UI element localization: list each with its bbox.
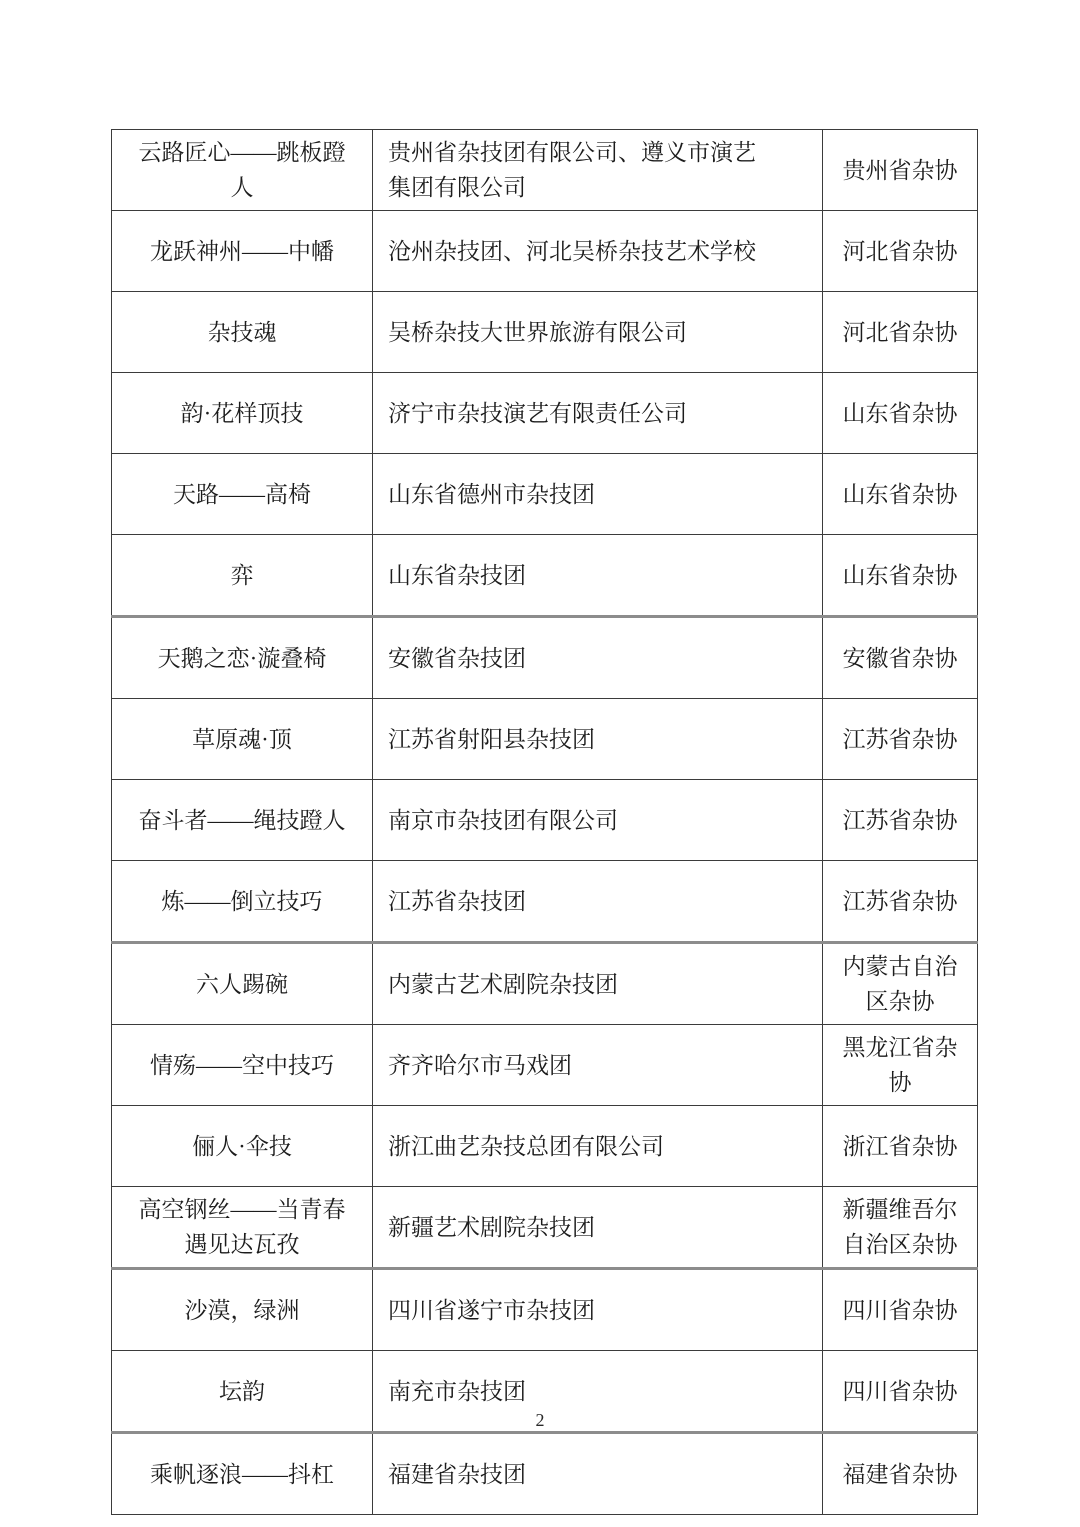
table-row: 草原魂·顶 江苏省射阳县杂技团 江苏省杂协 (112, 699, 978, 780)
troupe-cell: 内蒙古艺术剧院杂技团 (373, 943, 823, 1025)
association-cell: 山东省杂协 (823, 454, 978, 535)
association-cell: 河北省杂协 (823, 292, 978, 373)
table-row: 云路匠心——跳板蹬 人 贵州省杂技团有限公司、遵义市演艺 集团有限公司 贵州省杂… (112, 130, 978, 211)
table-row: 龙跃神州——中幡 沧州杂技团、河北吴桥杂技艺术学校 河北省杂协 (112, 211, 978, 292)
table-row: 乘帆逐浪——抖杠 福建省杂技团 福建省杂协 (112, 1433, 978, 1515)
document-page: 云路匠心——跳板蹬 人 贵州省杂技团有限公司、遵义市演艺 集团有限公司 贵州省杂… (0, 0, 1080, 1527)
troupe-cell: 吴桥杂技大世界旅游有限公司 (373, 292, 823, 373)
association-cell: 安徽省杂协 (823, 617, 978, 699)
table-row: 俪人·伞技 浙江曲艺杂技总团有限公司 浙江省杂协 (112, 1106, 978, 1187)
table-row: 炼——倒立技巧 江苏省杂技团 江苏省杂协 (112, 861, 978, 943)
troupe-cell: 山东省德州市杂技团 (373, 454, 823, 535)
troupe-cell: 四川省遂宁市杂技团 (373, 1269, 823, 1351)
association-cell: 江苏省杂协 (823, 861, 978, 943)
troupe-cell: 南京市杂技团有限公司 (373, 780, 823, 861)
table-row: 天鹅之恋·漩叠椅 安徽省杂技团 安徽省杂协 (112, 617, 978, 699)
association-cell: 四川省杂协 (823, 1269, 978, 1351)
program-name-cell: 乘帆逐浪——抖杠 (112, 1433, 373, 1515)
troupe-cell: 江苏省杂技团 (373, 861, 823, 943)
association-cell: 浙江省杂协 (823, 1106, 978, 1187)
association-cell: 黑龙江省杂 协 (823, 1025, 978, 1106)
troupe-cell: 山东省杂技团 (373, 535, 823, 617)
program-name-cell: 天路——高椅 (112, 454, 373, 535)
association-cell: 山东省杂协 (823, 373, 978, 454)
program-name-cell: 龙跃神州——中幡 (112, 211, 373, 292)
program-name-cell: 杂技魂 (112, 292, 373, 373)
table-row: 沙漠，绿洲 四川省遂宁市杂技团 四川省杂协 (112, 1269, 978, 1351)
association-cell: 福建省杂协 (823, 1433, 978, 1515)
program-name-cell: 炼——倒立技巧 (112, 861, 373, 943)
table-row: 弈 山东省杂技团 山东省杂协 (112, 535, 978, 617)
table-row: 六人踢碗 内蒙古艺术剧院杂技团 内蒙古自治 区杂协 (112, 943, 978, 1025)
program-name-cell: 弈 (112, 535, 373, 617)
acrobatics-program-table: 云路匠心——跳板蹬 人 贵州省杂技团有限公司、遵义市演艺 集团有限公司 贵州省杂… (111, 129, 978, 1515)
association-cell: 新疆维吾尔 自治区杂协 (823, 1187, 978, 1269)
program-name-cell: 俪人·伞技 (112, 1106, 373, 1187)
program-name-cell: 天鹅之恋·漩叠椅 (112, 617, 373, 699)
association-cell: 江苏省杂协 (823, 780, 978, 861)
program-name-cell: 韵·花样顶技 (112, 373, 373, 454)
program-name-cell: 六人踢碗 (112, 943, 373, 1025)
troupe-cell: 福建省杂技团 (373, 1433, 823, 1515)
troupe-cell: 齐齐哈尔市马戏团 (373, 1025, 823, 1106)
table-row: 奋斗者——绳技蹬人 南京市杂技团有限公司 江苏省杂协 (112, 780, 978, 861)
page-number: 2 (0, 1410, 1080, 1431)
program-name-cell: 沙漠，绿洲 (112, 1269, 373, 1351)
association-cell: 内蒙古自治 区杂协 (823, 943, 978, 1025)
association-cell: 山东省杂协 (823, 535, 978, 617)
program-name-cell: 草原魂·顶 (112, 699, 373, 780)
program-name-cell: 奋斗者——绳技蹬人 (112, 780, 373, 861)
program-name-cell: 高空钢丝——当青春 遇见达瓦孜 (112, 1187, 373, 1269)
table-row: 天路——高椅 山东省德州市杂技团 山东省杂协 (112, 454, 978, 535)
table-row: 杂技魂 吴桥杂技大世界旅游有限公司 河北省杂协 (112, 292, 978, 373)
troupe-cell: 贵州省杂技团有限公司、遵义市演艺 集团有限公司 (373, 130, 823, 211)
program-name-cell: 情殇——空中技巧 (112, 1025, 373, 1106)
table-row: 情殇——空中技巧 齐齐哈尔市马戏团 黑龙江省杂 协 (112, 1025, 978, 1106)
program-name-cell: 云路匠心——跳板蹬 人 (112, 130, 373, 211)
table-row: 高空钢丝——当青春 遇见达瓦孜 新疆艺术剧院杂技团 新疆维吾尔 自治区杂协 (112, 1187, 978, 1269)
table-row: 韵·花样顶技 济宁市杂技演艺有限责任公司 山东省杂协 (112, 373, 978, 454)
troupe-cell: 沧州杂技团、河北吴桥杂技艺术学校 (373, 211, 823, 292)
troupe-cell: 安徽省杂技团 (373, 617, 823, 699)
troupe-cell: 江苏省射阳县杂技团 (373, 699, 823, 780)
troupe-cell: 新疆艺术剧院杂技团 (373, 1187, 823, 1269)
association-cell: 河北省杂协 (823, 211, 978, 292)
association-cell: 江苏省杂协 (823, 699, 978, 780)
troupe-cell: 济宁市杂技演艺有限责任公司 (373, 373, 823, 454)
troupe-cell: 浙江曲艺杂技总团有限公司 (373, 1106, 823, 1187)
association-cell: 贵州省杂协 (823, 130, 978, 211)
